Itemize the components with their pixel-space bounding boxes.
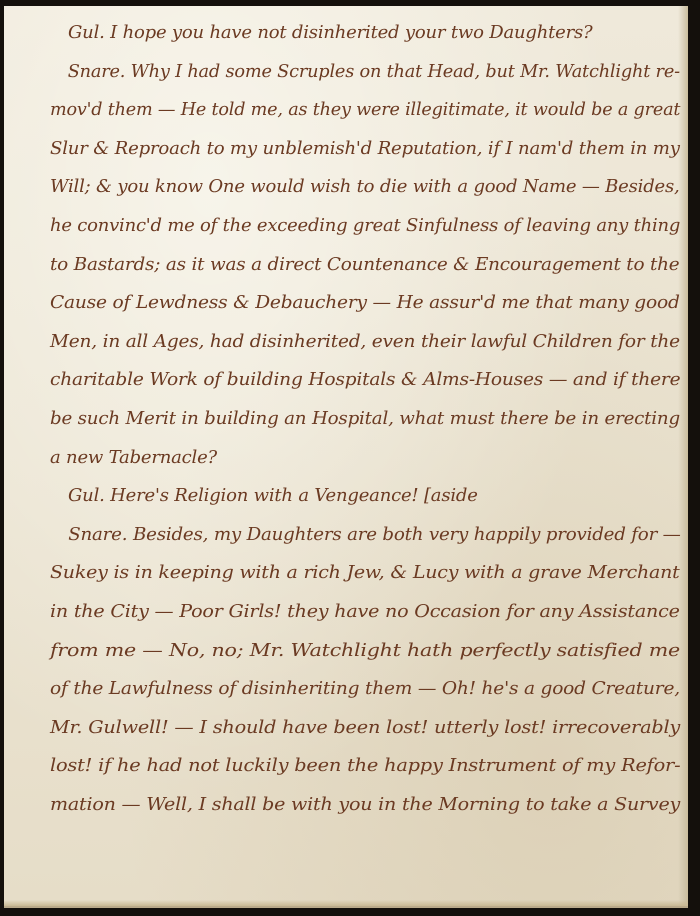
manuscript-line: he convinc'd me of the exceeding great S… — [50, 215, 682, 254]
manuscript-line: in the City — Poor Girls! they have no O… — [50, 601, 700, 640]
manuscript-page: Gul. I hope you have not disinherited yo… — [4, 6, 688, 908]
handwritten-text-block: Gul. I hope you have not disinherited yo… — [50, 22, 684, 832]
manuscript-line: lost! if he had not luckily been the hap… — [50, 755, 700, 794]
manuscript-line: Gul. Here's Religion with a Vengeance! [… — [50, 485, 684, 524]
manuscript-line: from me — No, no; Mr. Watchlight hath pe… — [50, 640, 700, 679]
page-edge-bottom — [4, 900, 688, 906]
manuscript-line: Will; & you know One would wish to die w… — [50, 176, 684, 215]
manuscript-line: Gul. I hope you have not disinherited yo… — [50, 22, 684, 61]
scan-frame: Gul. I hope you have not disinherited yo… — [0, 0, 700, 916]
manuscript-line: Cause of Lewdness & Debauchery — He assu… — [50, 292, 700, 331]
manuscript-line: of the Lawfulness of disinheriting them … — [50, 678, 700, 717]
manuscript-line: Slur & Reproach to my unblemish'd Reputa… — [50, 138, 687, 177]
manuscript-line: charitable Work of building Hospitals & … — [50, 369, 700, 408]
manuscript-line: a new Tabernacle? — [50, 447, 684, 486]
manuscript-line: to Bastards; as it was a direct Countena… — [50, 254, 697, 293]
manuscript-line: Snare. Why I had some Scruples on that H… — [50, 61, 674, 100]
manuscript-line: Men, in all Ages, had disinherited, even… — [50, 331, 700, 370]
manuscript-line: mov'd them — He told me, as they were il… — [50, 99, 670, 138]
manuscript-line: be such Merit in building an Hospital, w… — [50, 408, 692, 447]
manuscript-line: Sukey is in keeping with a rich Jew, & L… — [50, 562, 700, 601]
manuscript-line: Mr. Gulwell! — I should have been lost! … — [50, 717, 700, 756]
manuscript-line: Snare. Besides, my Daughters are both ve… — [50, 524, 692, 563]
manuscript-line: mation — Well, I shall be with you in th… — [50, 794, 700, 833]
